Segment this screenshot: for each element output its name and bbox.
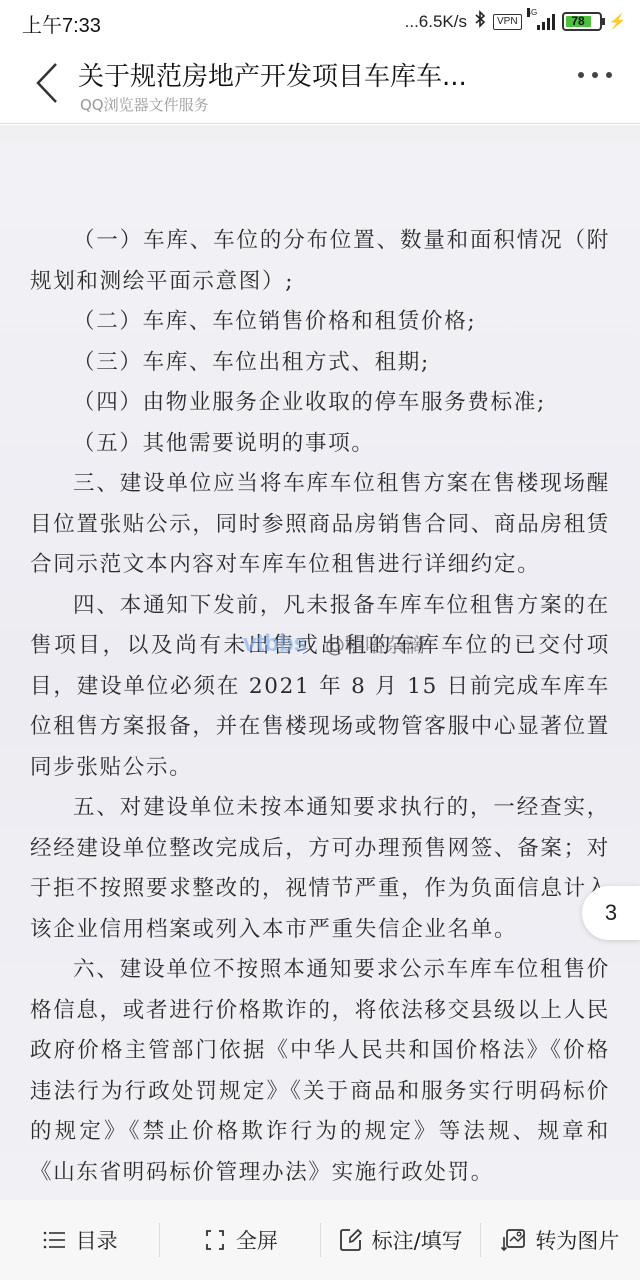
status-bar: 上午7:33 ...6.5K/s VPN 4G 78 ⚡ <box>0 0 640 44</box>
bluetooth-icon <box>474 10 486 33</box>
page-title: 关于规范房地产开发项目车库车... <box>78 56 467 93</box>
paragraph: （五）其他需要说明的事项。 <box>30 424 610 465</box>
watermark: vtbbs @嘻哈杂滴 <box>243 629 425 658</box>
paragraph: 三、建设单位应当将车库车位租售方案在售楼现场醒目位置张贴公示，同时参照商品房销售… <box>30 464 610 586</box>
bottom-toolbar: 目录 全屏 标注/填写 转为图片 <box>0 1200 640 1280</box>
convert-to-image-button[interactable]: 转为图片 <box>481 1222 640 1258</box>
document-viewer[interactable]: （一）车库、车位的分布位置、数量和面积情况（附规划和测绘平面示意图）; （二）车… <box>0 125 640 1200</box>
paragraph: 四、本通知下发前，凡未报备车库车位租售方案的在售项目，以及尚有未出售或出租的车库… <box>30 586 610 789</box>
battery-level: 78 <box>566 16 591 27</box>
paragraph: （三）车库、车位出租方式、租期; <box>30 343 610 384</box>
annotate-label: 标注/填写 <box>372 1225 463 1255</box>
more-options-button[interactable] <box>578 72 612 78</box>
chevron-left-icon <box>28 58 68 108</box>
network-type: 4G <box>527 8 530 17</box>
fullscreen-icon <box>202 1227 228 1253</box>
signal-icon: 4G <box>529 14 555 30</box>
dot-icon <box>578 72 584 78</box>
list-icon <box>42 1227 68 1253</box>
watermark-logo: vtbbs <box>243 630 307 658</box>
convert-image-icon <box>501 1227 527 1253</box>
toc-label: 目录 <box>76 1225 118 1255</box>
document-page: （一）车库、车位的分布位置、数量和面积情况（附规划和测绘平面示意图）; （二）车… <box>0 143 640 1200</box>
battery-icon: 78 <box>562 12 602 31</box>
page-subtitle: QQ浏览器文件服务 <box>80 94 209 115</box>
status-icons: ...6.5K/s VPN 4G 78 ⚡ <box>405 10 626 33</box>
charging-icon: ⚡ <box>609 13 626 30</box>
convert-to-image-label: 转为图片 <box>535 1225 619 1255</box>
vpn-badge: VPN <box>493 14 522 30</box>
page-number-badge[interactable]: 3 <box>582 886 640 940</box>
watermark-name: @嘻哈杂滴 <box>325 629 425 658</box>
paragraph: 五、对建设单位未按本通知要求执行的，一经查实，经经建设单位整改完成后，方可办理预… <box>30 788 610 950</box>
paragraph: （一）车库、车位的分布位置、数量和面积情况（附规划和测绘平面示意图）; <box>30 221 610 302</box>
paragraph: （二）车库、车位销售价格和租赁价格; <box>30 302 610 343</box>
edit-icon <box>338 1227 364 1253</box>
paragraph: （四）由物业服务企业收取的停车服务费标准; <box>30 383 610 424</box>
fullscreen-button[interactable]: 全屏 <box>160 1222 319 1258</box>
back-button[interactable] <box>28 58 68 108</box>
status-time: 上午7:33 <box>22 9 101 38</box>
dot-icon <box>592 72 598 78</box>
document-text: （一）车库、车位的分布位置、数量和面积情况（附规划和测绘平面示意图）; （二）车… <box>30 221 610 1193</box>
fullscreen-label: 全屏 <box>236 1225 278 1255</box>
network-speed: ...6.5K/s <box>405 12 467 32</box>
toc-button[interactable]: 目录 <box>0 1222 159 1258</box>
annotate-button[interactable]: 标注/填写 <box>321 1222 480 1258</box>
app-header: 关于规范房地产开发项目车库车... QQ浏览器文件服务 <box>0 44 640 124</box>
dot-icon <box>606 72 612 78</box>
paragraph: 六、建设单位不按照本通知要求公示车库车位租售价格信息，或者进行价格欺诈的，将依法… <box>30 950 610 1193</box>
